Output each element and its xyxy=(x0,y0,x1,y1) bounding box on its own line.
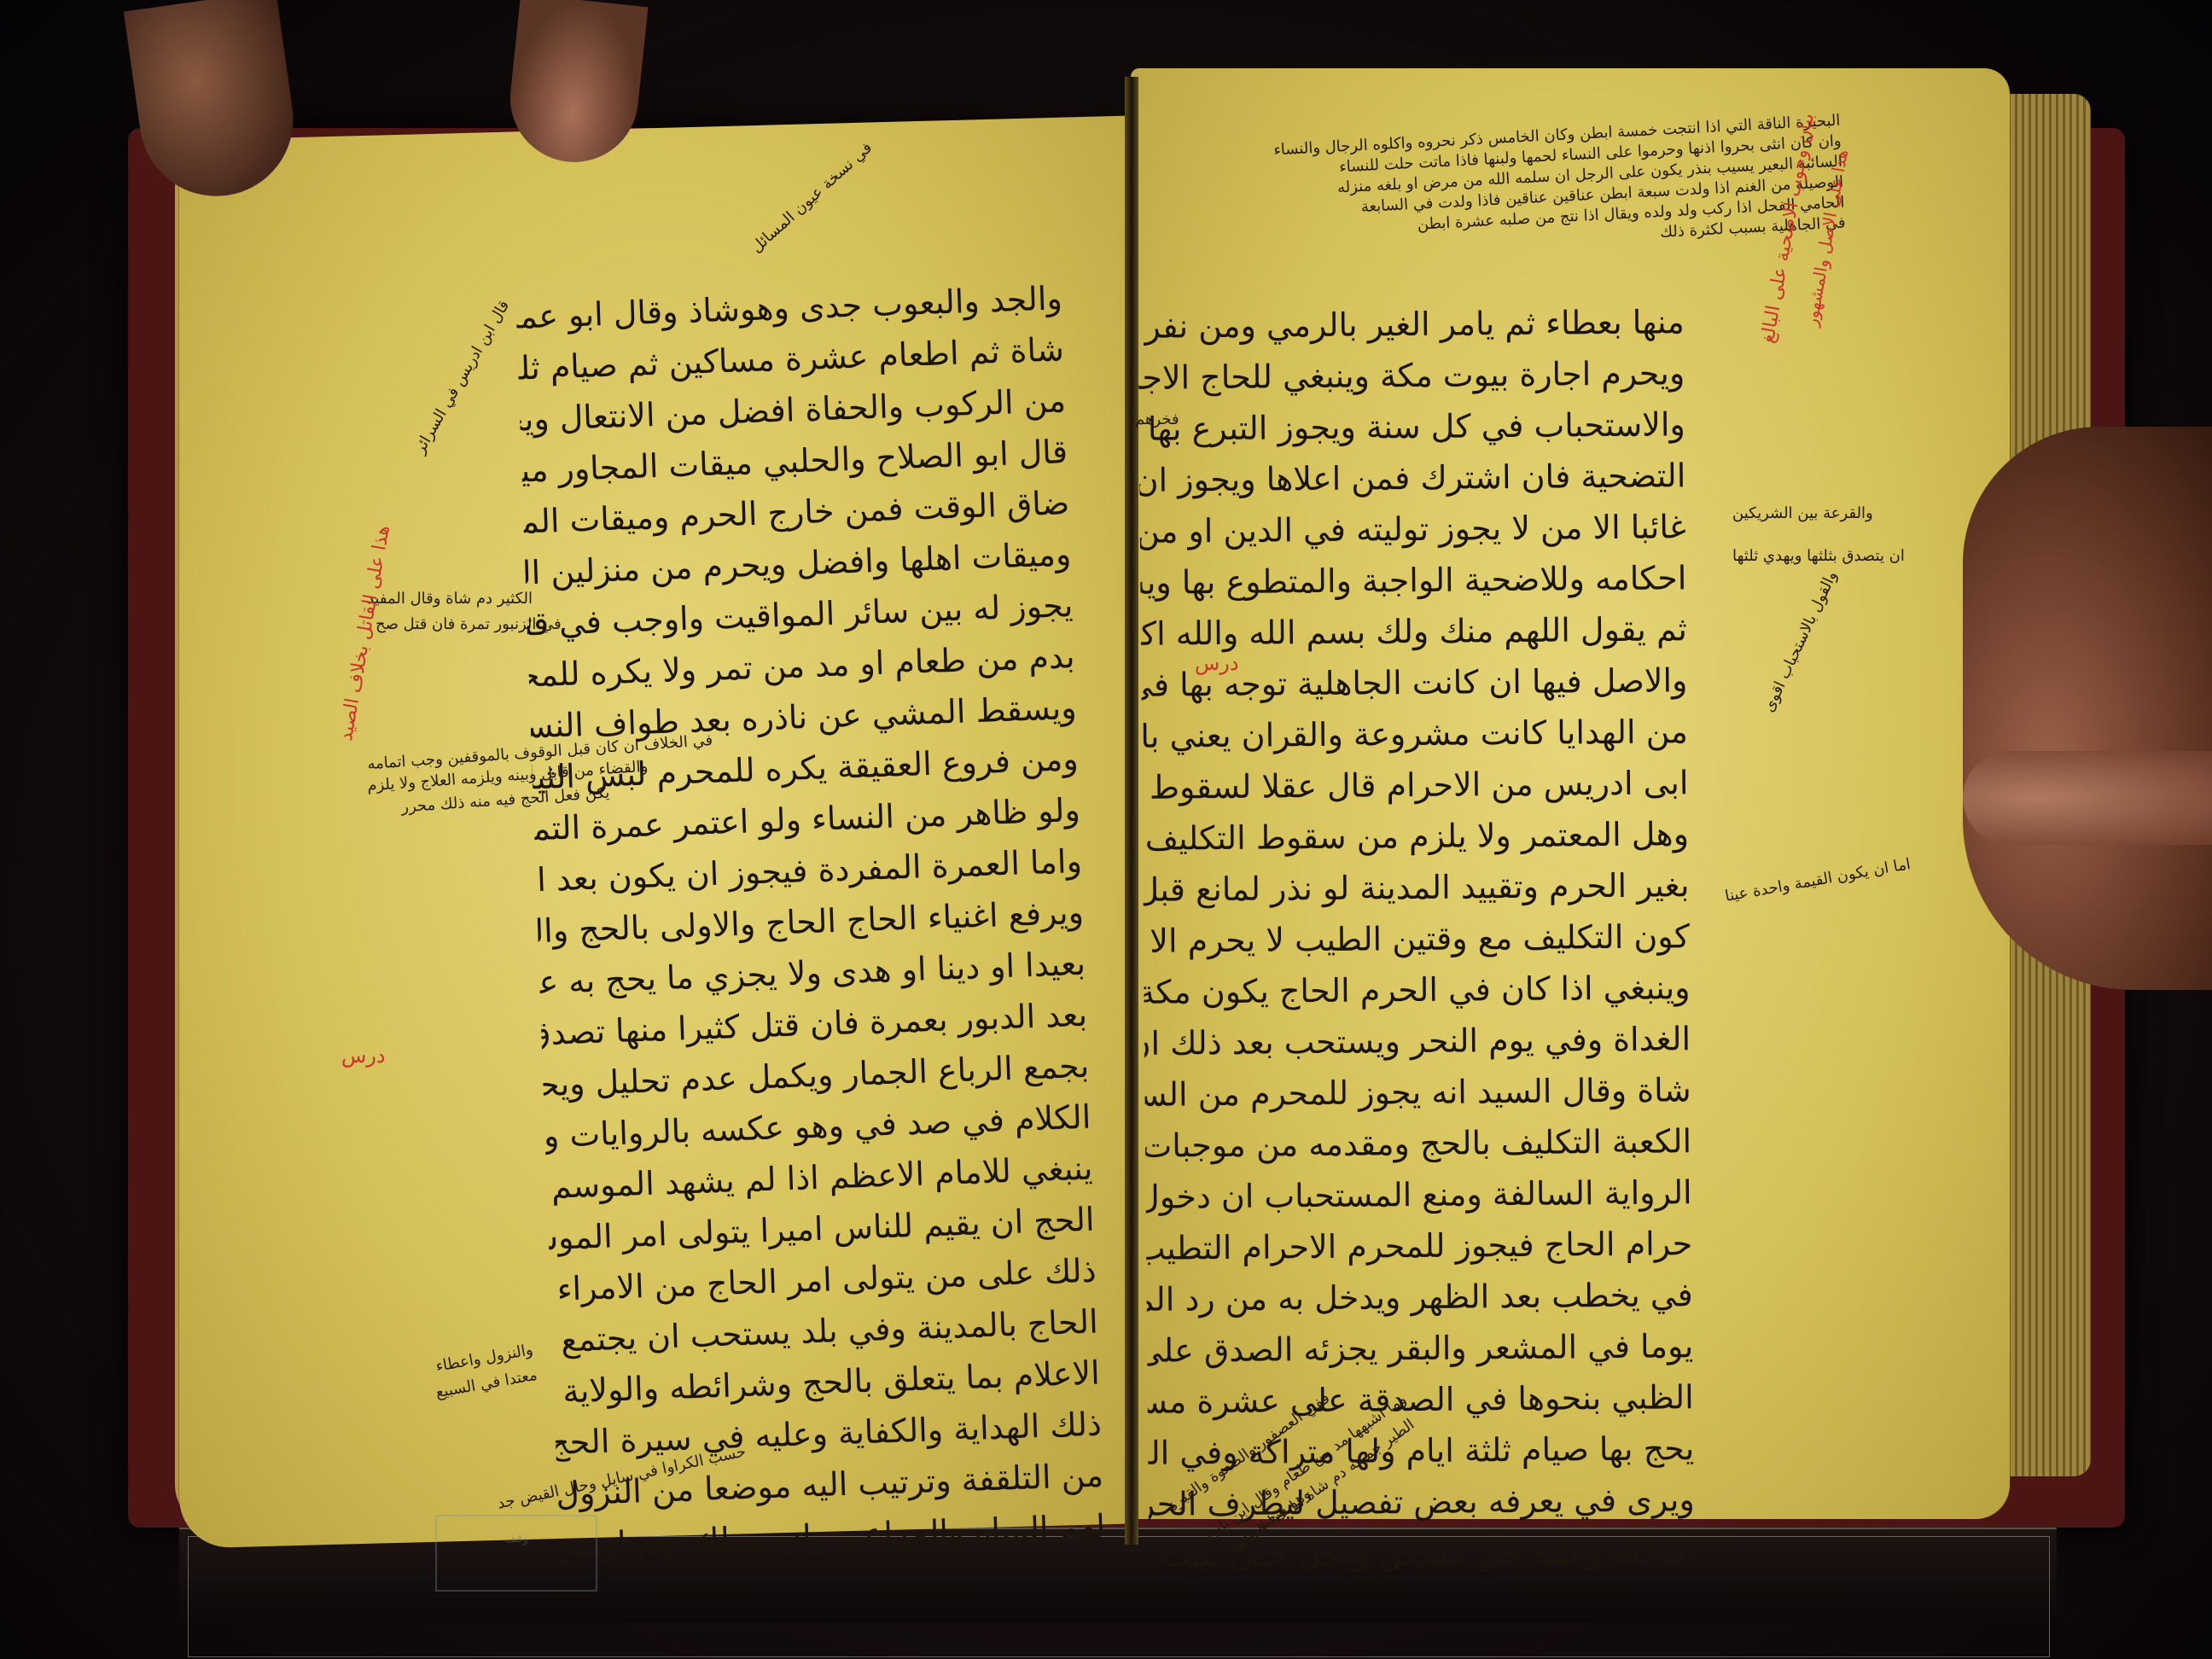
text-line: ويحرم اجارة بيوت مكة وينبغي للحاج الاجرة… xyxy=(1138,347,1685,404)
text-line: الظبي بنحوها في الصدقة على عشرة مساكين ف… xyxy=(1147,1371,1693,1428)
rubric-marker: درس xyxy=(1195,653,1239,673)
text-line: كون التكليف مع وقتين الطيب لا يحرم الا ب… xyxy=(1144,911,1690,967)
text-line: ابى ادريس من الاحرام قال عقلا لسقوط الحج… xyxy=(1142,757,1688,813)
text-line: النافلة وعليه في مسكن ويحل حتى يبيت بمرا… xyxy=(1149,1525,1695,1581)
right-thumb xyxy=(1963,751,2212,845)
text-line: من الهدايا كانت مشروعة والقران يعني بالن… xyxy=(1142,706,1688,762)
margin-note: فخرهم xyxy=(1135,410,1179,430)
text-line: وهل المعتمر ولا يلزم من سقوط التكليف عدم… xyxy=(1143,808,1689,864)
right-hand xyxy=(1963,427,2212,990)
text-line: غائبا الا من لا يجوز توليته في الدين او … xyxy=(1140,501,1686,557)
text-line: حرام الحاج فيجوز للمحرم الاحرام التطيب ب… xyxy=(1146,1218,1692,1274)
text-line: التضحية فان اشترك فمن اعلاها ويجوز ان تش… xyxy=(1139,450,1685,506)
rubric-marker: درس xyxy=(341,1045,386,1066)
text-line: احكامه وللاضحية الواجبة والمتطوع بها ويس… xyxy=(1140,552,1686,608)
text-line: الكعبة التكليف بالحج ومقدمه من موجبات ال… xyxy=(1145,1115,1691,1172)
margin-note: والقرعة بين الشريكين xyxy=(1732,504,1873,524)
text-line: يوما في المشعر والبقر يجزئه الصدق على ثم… xyxy=(1147,1320,1693,1377)
text-line: والاستحباب في كل سنة ويجوز التبرع بها عن… xyxy=(1139,399,1685,455)
margin-note: في الزنبور تمرة فان قتل صح xyxy=(375,614,562,635)
text-line: وينبغي اذا كان في الحرم الحاج يكون مكة ا… xyxy=(1144,962,1690,1018)
library-stamp: وقف xyxy=(435,1515,597,1592)
margin-note: الكثير دم شاة وقال المفيد xyxy=(367,589,533,609)
text-line: منها بعطاء ثم يامر الغير بالرمي ومن نفر … xyxy=(1138,296,1684,352)
margin-note: ان يتصدق بثلثها ويهدي ثلثها xyxy=(1732,546,1905,567)
text-line: في يخطب بعد الظهر ويدخل به من رد المتعة … xyxy=(1146,1269,1692,1325)
book-gutter xyxy=(1125,77,1138,1545)
left-page-main-text: والجد والبعوب جدى وهوشاذ وقال ابو عمرعن … xyxy=(515,272,1106,1570)
right-page-main-text: منها بعطاء ثم يامر الغير بالرمي ومن نفر … xyxy=(1138,296,1695,1581)
text-line: الغداة وفي يوم النحر ويستحب بعد ذلك ان ي… xyxy=(1144,1013,1691,1069)
text-line: الرواية السالفة ومنع المستحباب ان دخول ا… xyxy=(1145,1167,1691,1223)
text-line: بغير الحرم وتقييد المدينة لو نذر لمانع ق… xyxy=(1143,859,1689,916)
text-line: شاة وقال السيد انه يجوز للمحرم من السنة … xyxy=(1144,1064,1691,1121)
